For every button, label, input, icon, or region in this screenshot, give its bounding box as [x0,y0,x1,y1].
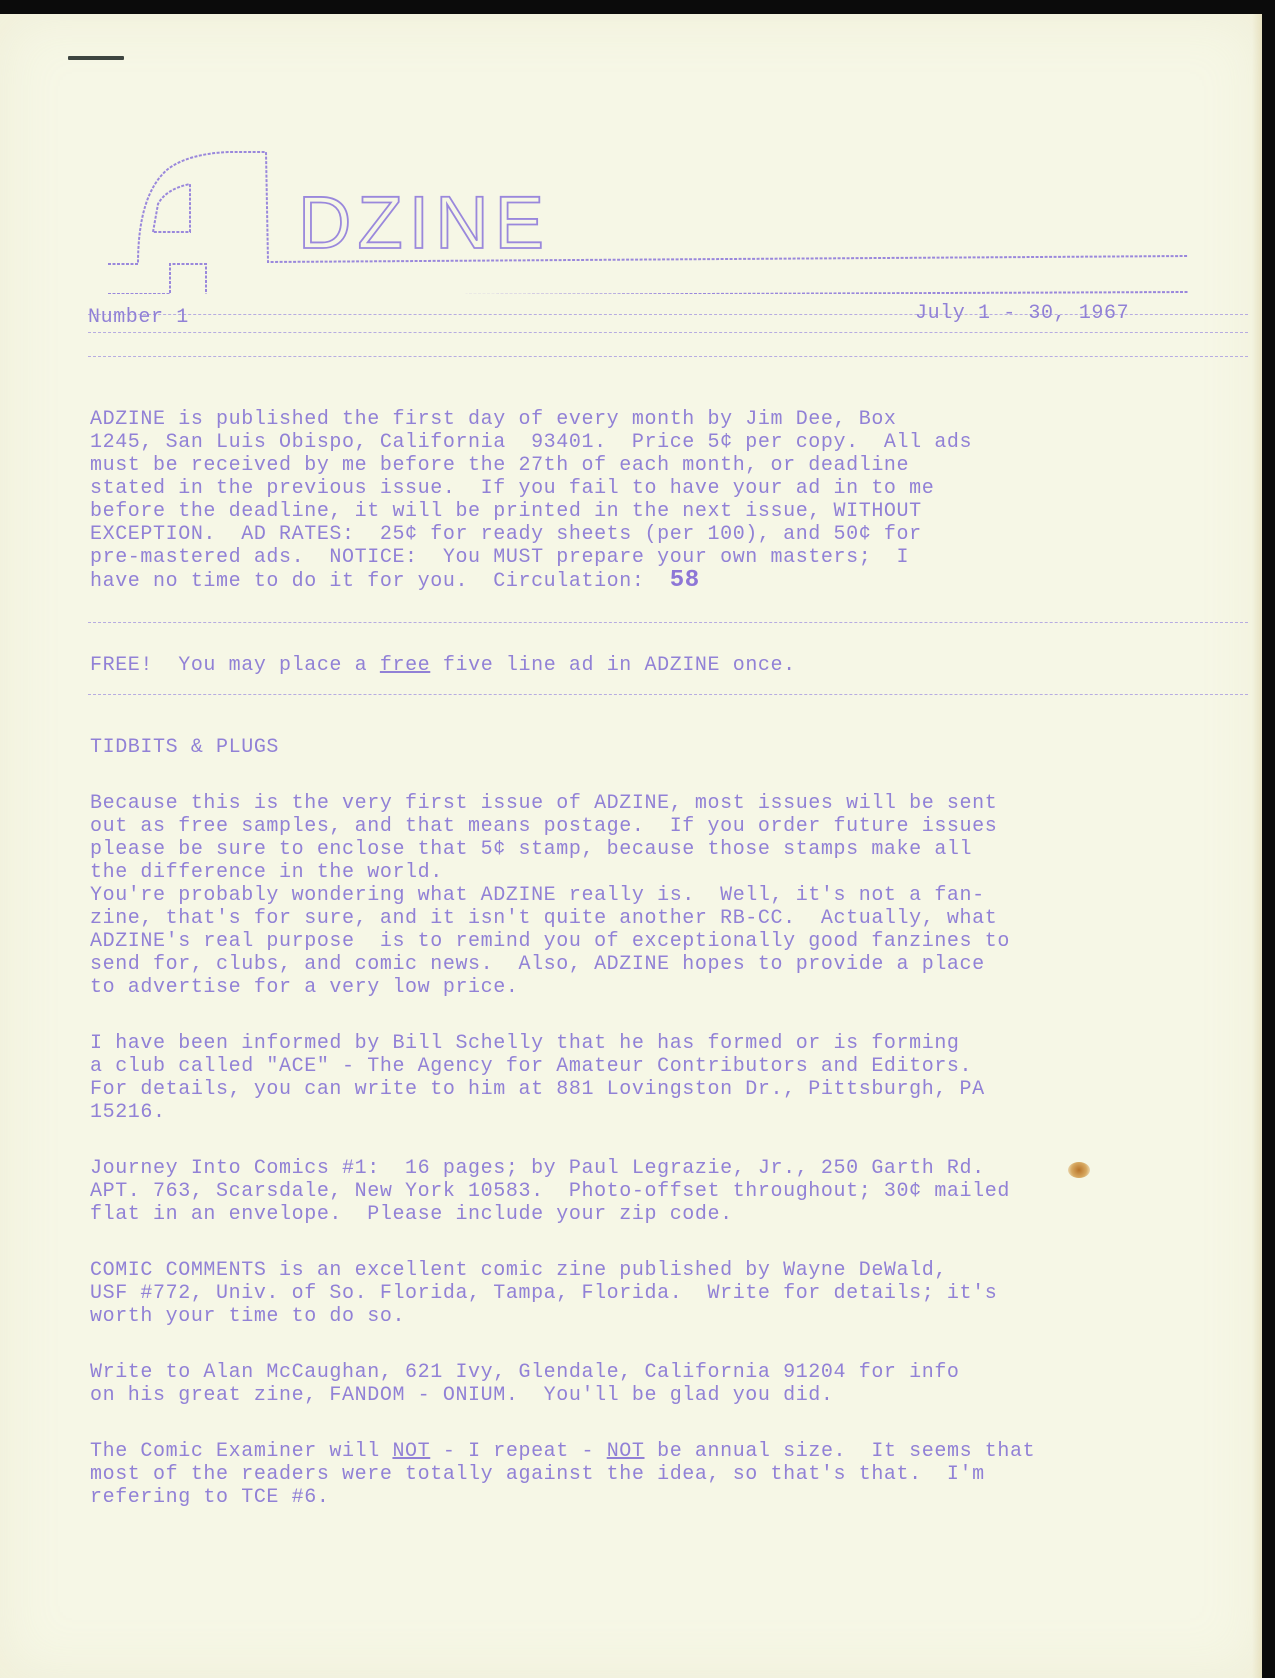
intro-line: EXCEPTION. AD RATES: 25¢ for ready sheet… [90,523,922,546]
text-line: zine, that's for sure, and it isn't quit… [90,907,997,930]
intro-line: 1245, San Luis Obispo, California 93401.… [90,431,972,454]
text-line: most of the readers were totally against… [90,1463,985,1486]
text-line: on his great zine, FANDOM - ONIUM. You'l… [90,1384,834,1407]
intro-line: pre-mastered ads. NOTICE: You MUST prepa… [90,546,909,569]
emphasis-not: NOT [607,1440,645,1463]
text-line: APT. 763, Scarsdale, New York 10583. Pho… [90,1180,1010,1203]
intro-line: have no time to do it for you. Circulati… [90,569,700,593]
issue-date: July 1 - 30, 1967 [915,302,1129,325]
text-fragment: be annual size. It seems that [645,1440,1036,1463]
text-line: out as free samples, and that means post… [90,815,997,838]
text-line: I have been informed by Bill Schelly tha… [90,1032,960,1055]
text-line: refering to TCE #6. [90,1486,329,1509]
text-line: worth your time to do so. [90,1305,405,1328]
adzine-logo-icon: DZINE [108,144,1188,294]
svg-text:DZINE: DZINE [298,181,550,264]
free-notice-prefix: FREE! You may place a [90,654,380,677]
text-line: please be sure to enclose that 5¢ stamp,… [90,838,972,861]
text-line: send for, clubs, and comic news. Also, A… [90,953,985,976]
staple-mark [68,56,124,60]
text-fragment: The Comic Examiner will [90,1440,392,1463]
intro-line: ADZINE is published the first day of eve… [90,408,897,431]
text-fragment: - I repeat - [430,1440,606,1463]
text-line: 15216. [90,1101,166,1124]
text-line: Because this is the very first issue of … [90,792,997,815]
text-line: USF #772, Univ. of So. Florida, Tampa, F… [90,1282,997,1305]
paper-stain [1068,1162,1090,1178]
free-ad-notice: FREE! You may place a free five line ad … [90,654,796,677]
masthead-logo: DZINE [108,144,1188,294]
section-heading: TIDBITS & PLUGS [90,736,279,759]
issue-number: Number 1 [88,306,189,329]
text-line: a club called "ACE" - The Agency for Ama… [90,1055,972,1078]
text-line: to advertise for a very low price. [90,976,518,999]
text-line: The Comic Examiner will NOT - I repeat -… [90,1440,1035,1463]
text-line: For details, you can write to him at 881… [90,1078,985,1101]
circulation-count: 58 [670,567,700,594]
text-line: You're probably wondering what ADZINE re… [90,884,985,907]
text-line: Journey Into Comics #1: 16 pages; by Pau… [90,1157,985,1180]
text-line: COMIC COMMENTS is an excellent comic zin… [90,1259,947,1282]
text-line: Write to Alan McCaughan, 621 Ivy, Glenda… [90,1361,960,1384]
emphasis-not: NOT [392,1440,430,1463]
intro-line: must be received by me before the 27th o… [90,454,909,477]
intro-line: before the deadline, it will be printed … [90,500,922,523]
text-line: flat in an envelope. Please include your… [90,1203,733,1226]
circulation-label: have no time to do it for you. Circulati… [90,570,670,593]
text-line: ADZINE's real purpose is to remind you o… [90,930,1010,953]
free-notice-suffix: five line ad in ADZINE once. [430,654,795,677]
intro-line: stated in the previous issue. If you fai… [90,477,934,500]
free-emphasis: free [380,654,430,677]
text-line: the difference in the world. [90,861,443,884]
document-page: DZINE Number 1 July 1 - 30, 1967 ADZINE … [0,14,1262,1678]
